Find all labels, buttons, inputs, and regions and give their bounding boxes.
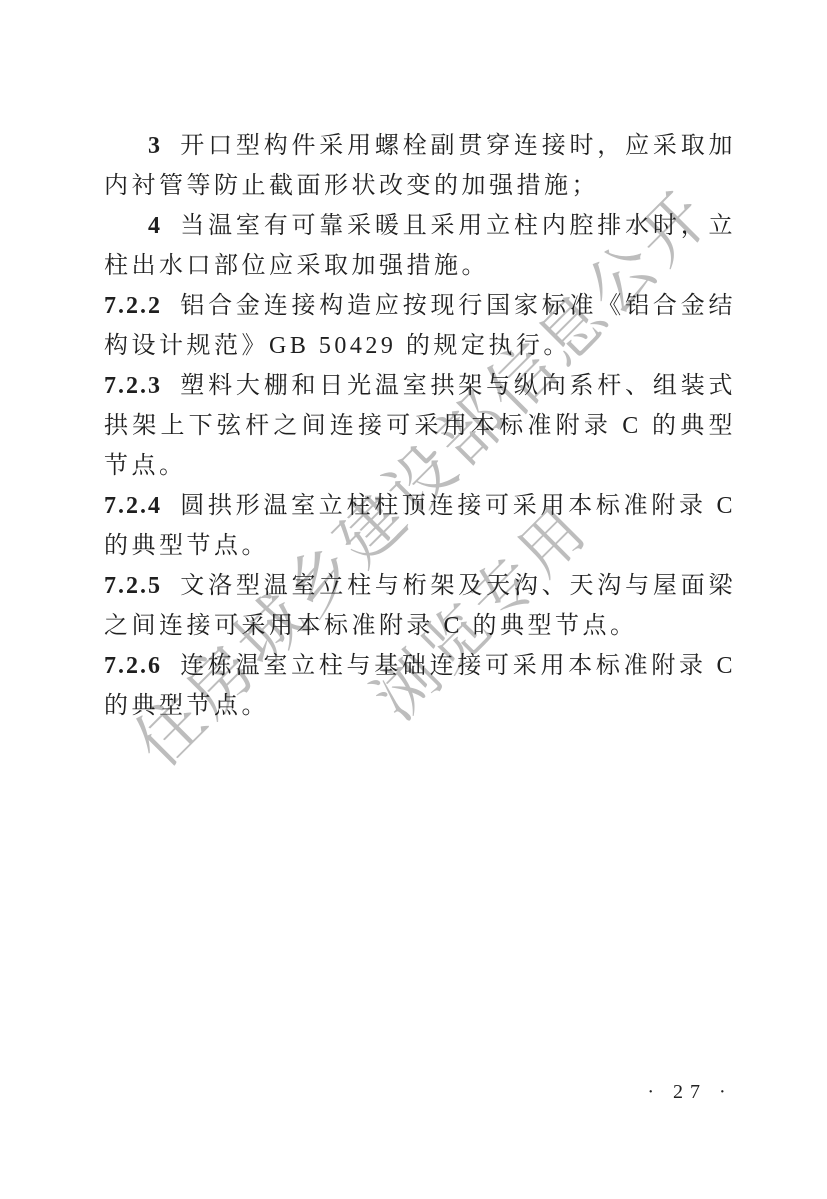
clause-text: 铝合金连接构造应按现行国家标准《铝合金结构设计规范》GB 50429 的规定执行… [104,293,736,359]
clause-number: 4 [148,213,162,239]
clause-number: 3 [148,133,162,159]
clause-number: 7.2.4 [104,493,162,519]
clause-7-2-4: 7.2.4圆拱形温室立柱柱顶连接可采用本标准附录 C 的典型节点。 [104,486,736,566]
clause-7-2-6: 7.2.6连栋温室立柱与基础连接可采用本标准附录 C 的典型节点。 [104,646,736,726]
clause-text: 塑料大棚和日光温室拱架与纵向系杆、组装式拱架上下弦杆之间连接可采用本标准附录 C… [104,373,736,479]
clause-number: 7.2.5 [104,573,162,599]
page-number: · 27 · [600,1081,780,1104]
body-text-block: 3开口型构件采用螺栓副贯穿连接时，应采取加内衬管等防止截面形状改变的加强措施； … [104,126,736,726]
clause-list-item-4: 4当温室有可靠采暖且采用立柱内腔排水时，立柱出水口部位应采取加强措施。 [104,206,736,286]
clause-list-item-3: 3开口型构件采用螺栓副贯穿连接时，应采取加内衬管等防止截面形状改变的加强措施； [104,126,736,206]
clause-number: 7.2.6 [104,653,162,679]
clause-number: 7.2.3 [104,373,162,399]
clause-7-2-5: 7.2.5文洛型温室立柱与桁架及天沟、天沟与屋面梁之间连接可采用本标准附录 C … [104,566,736,646]
clause-7-2-2: 7.2.2铝合金连接构造应按现行国家标准《铝合金结构设计规范》GB 50429 … [104,286,736,366]
clause-text: 圆拱形温室立柱柱顶连接可采用本标准附录 C 的典型节点。 [104,493,736,559]
clause-text: 连栋温室立柱与基础连接可采用本标准附录 C 的典型节点。 [104,653,736,719]
clause-text: 文洛型温室立柱与桁架及天沟、天沟与屋面梁之间连接可采用本标准附录 C 的典型节点… [104,573,736,639]
clause-number: 7.2.2 [104,293,162,319]
clause-7-2-3: 7.2.3塑料大棚和日光温室拱架与纵向系杆、组装式拱架上下弦杆之间连接可采用本标… [104,366,736,486]
clause-text: 当温室有可靠采暖且采用立柱内腔排水时，立柱出水口部位应采取加强措施。 [104,213,736,279]
clause-text: 开口型构件采用螺栓副贯穿连接时，应采取加内衬管等防止截面形状改变的加强措施； [104,133,736,199]
document-page: 住房城乡建设部信息公开 浏览专用 3开口型构件采用螺栓副贯穿连接时，应采取加内衬… [0,0,827,1199]
